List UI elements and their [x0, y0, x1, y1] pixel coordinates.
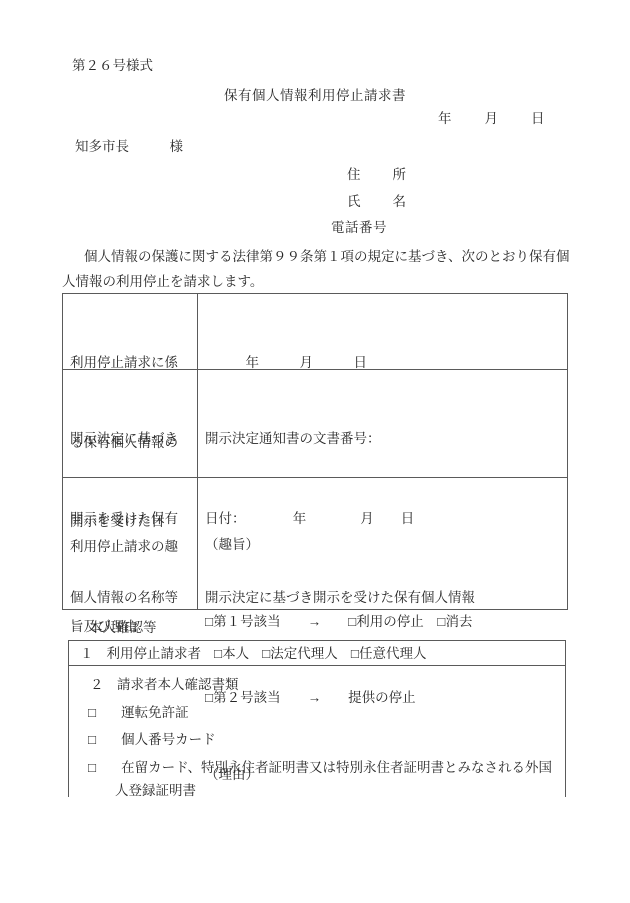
identity-table: １ 利用停止請求者 □本人 □法定代理人 □任意代理人 ２ 請求者本人確認書類 … — [68, 640, 566, 797]
date-month-label: 月 — [485, 111, 499, 127]
checkbox-option-voluntary-representative: □任意代理人 — [351, 641, 427, 666]
row-value: 開示決定通知書の文書番号： 日付： 年 月 日 開示決定に基づき開示を受けた保有… — [198, 370, 567, 477]
checkbox-option-self: □本人 — [214, 641, 249, 666]
checkbox-icon: □ — [88, 699, 96, 727]
table-row-disclosed-info: 開示決定に基づき 開示を受けた保有 個人情報の名称等 開示決定通知書の文書番号：… — [63, 370, 567, 478]
request-table: 利用停止請求に係 る保有個人情報の 開示を受けた日 年 月 日 開示決定に基づき… — [62, 293, 568, 610]
document-option-my-number-card: □ 個人番号カード — [69, 726, 565, 754]
row-value: 年 月 日 — [198, 294, 567, 369]
row-label: 利用停止請求の趣 旨及び理由 — [63, 478, 198, 609]
document-option-continuation: 人登録証明書 — [69, 777, 565, 805]
intro-paragraph-line-1: 個人情報の保護に関する法律第９９条第１項の規定に基づき、次のとおり保有個 — [84, 249, 569, 265]
identity-documents-title: ２ 請求者本人確認書類 — [69, 671, 565, 699]
address-field-label: 住所 — [347, 167, 406, 183]
document-option-label: 運転免許証 — [121, 699, 189, 727]
requester-type-label: 利用停止請求者 — [107, 641, 202, 666]
document-page: 第２６号様式 保有個人情報利用停止請求書 年 月 日 知多市長 様 住所 氏名 … — [0, 0, 630, 903]
checkbox-option-legal-representative: □法定代理人 — [262, 641, 338, 666]
addressee-mayor: 知多市長 様 — [75, 139, 183, 155]
row-number: １ — [80, 641, 94, 666]
identity-documents-row: ２ 請求者本人確認書類 □ 運転免許証 □ 個人番号カード □ 在留カード、特別… — [69, 666, 565, 805]
document-title: 保有個人情報利用停止請求書 — [62, 88, 568, 104]
table-row-purpose-reason: 利用停止請求の趣 旨及び理由 （趣旨） □第１号該当 → □利用の停止 □消去 … — [63, 478, 567, 609]
date-year-label: 年 — [438, 111, 452, 127]
identity-section-heading: 本人確認等 — [89, 620, 157, 636]
intro-paragraph-line-2: 人情報の利用停止を請求します。 — [62, 274, 263, 290]
table-row-disclosure-date: 利用停止請求に係 る保有個人情報の 開示を受けた日 年 月 日 — [63, 294, 567, 370]
phone-field-label: 電話番号 — [331, 220, 387, 236]
form-number: 第２６号様式 — [72, 58, 153, 74]
row-label: 利用停止請求に係 る保有個人情報の 開示を受けた日 — [63, 294, 198, 369]
row-label: 開示決定に基づき 開示を受けた保有 個人情報の名称等 — [63, 370, 198, 477]
purpose-heading: （趣旨） — [205, 532, 567, 558]
checkbox-icon: □ — [88, 754, 96, 782]
document-option-label: 個人番号カード — [121, 726, 216, 754]
checkbox-icon: □ — [88, 726, 96, 754]
document-number-line: 開示決定通知書の文書番号： — [205, 426, 567, 453]
checkbox-line-item1: □第１号該当 → □利用の停止 □消去 — [205, 609, 567, 635]
date-day-label: 日 — [531, 111, 545, 127]
date-line: 年 月 日 — [438, 111, 545, 127]
name-field-label: 氏名 — [347, 194, 406, 210]
requester-type-row: １ 利用停止請求者 □本人 □法定代理人 □任意代理人 — [69, 641, 565, 666]
document-option-drivers-license: □ 運転免許証 — [69, 699, 565, 727]
row-value: （趣旨） □第１号該当 → □利用の停止 □消去 □第２号該当 → 提供の停止 … — [198, 478, 567, 609]
